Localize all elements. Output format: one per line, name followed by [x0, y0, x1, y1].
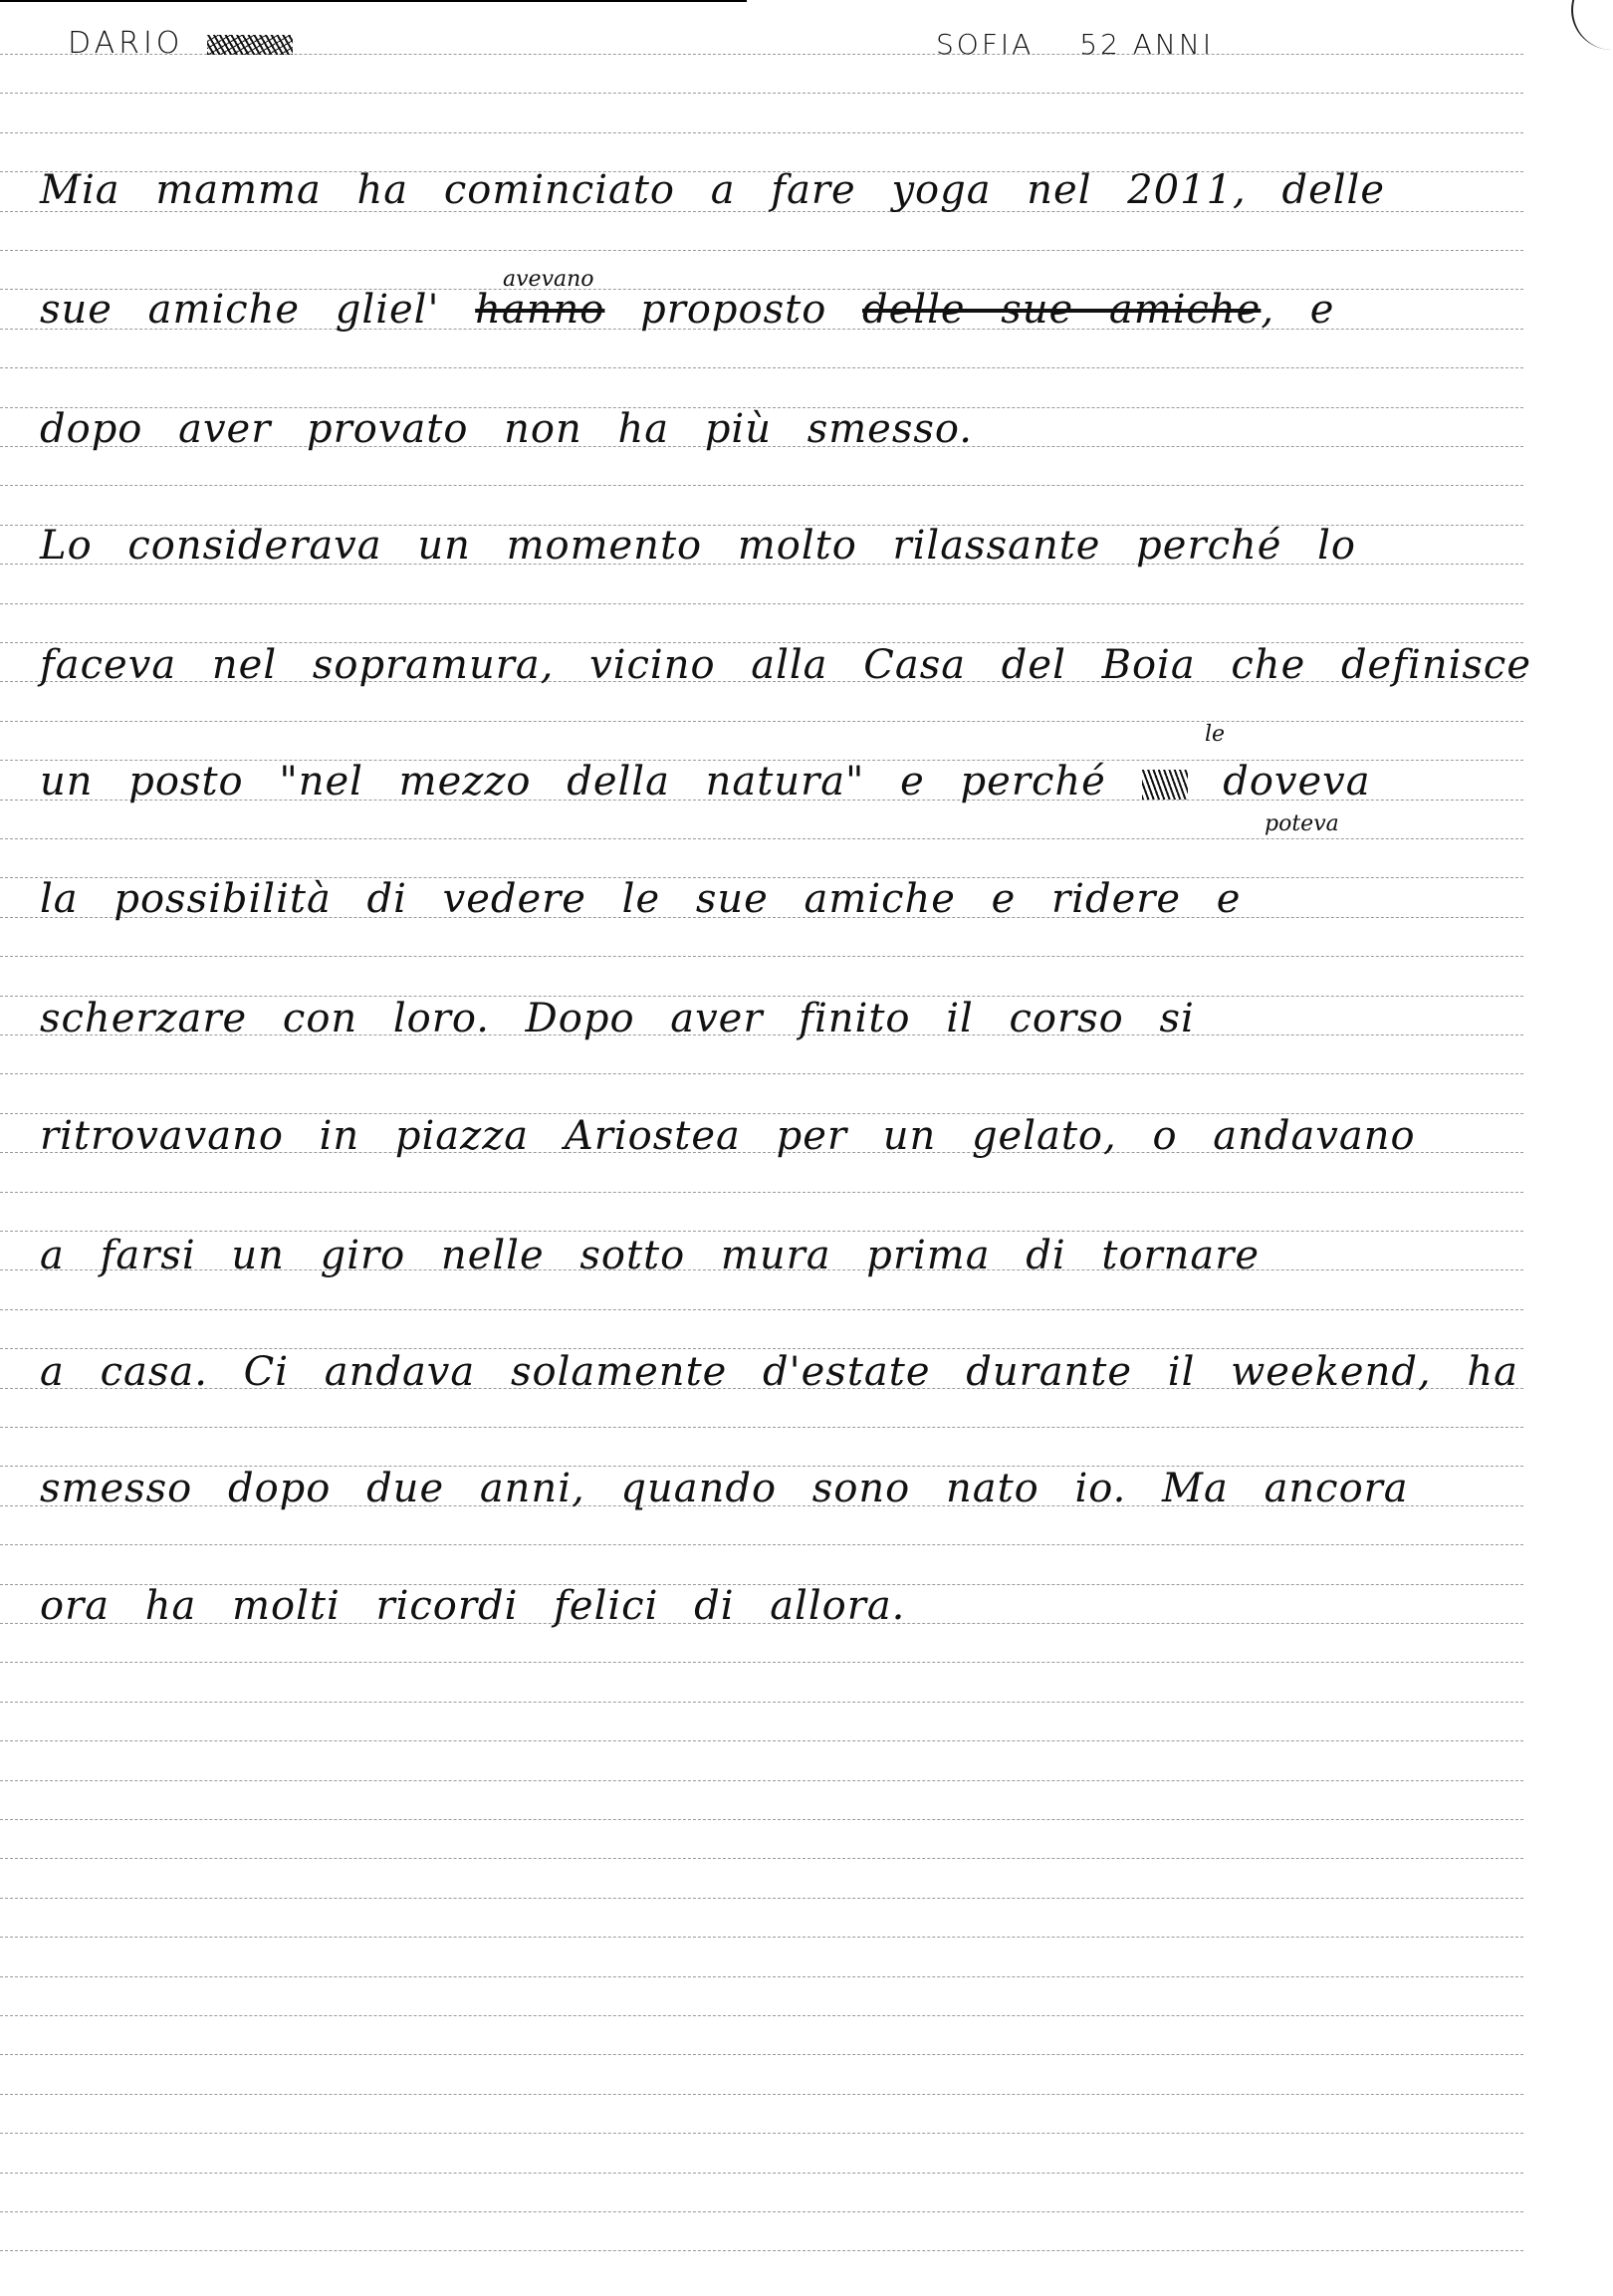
ruled-line: [0, 1662, 1523, 1663]
essay-line: un posto "nel mezzo della natura" e perc…: [40, 759, 1371, 804]
crossed-word: hanno: [475, 287, 604, 333]
author-first-name: DARIO: [68, 26, 183, 61]
essay-line: sue amiche gliel' hanno proposto delle s…: [40, 287, 1334, 333]
top-edge-rule: [0, 0, 747, 2]
crossed-out-word: [1142, 770, 1188, 800]
line-text: sue amiche gliel': [40, 287, 475, 333]
ruled-line: [0, 721, 1523, 722]
ruled-line: [0, 1231, 1523, 1232]
essay-line: ora ha molti ricordi felici di allora.: [40, 1583, 905, 1629]
author-name: DARIO: [68, 26, 293, 61]
crossed-out-surname: [207, 35, 293, 55]
essay-line: ritrovavano in piazza Ariostea per un ge…: [40, 1113, 1416, 1159]
ruled-line: [0, 1858, 1523, 1859]
essay-line: a casa. Ci andava solamente d'estate dur…: [40, 1349, 1518, 1395]
ruled-line: [0, 956, 1523, 957]
essay-line: la possibilità di vedere le sue amiche e…: [40, 876, 1241, 922]
notebook-page: DARIO SOFIA 52 ANNI Mia mamma ha cominci…: [0, 0, 1613, 2296]
ruled-line: [0, 1898, 1523, 1899]
ruled-line: [0, 93, 1523, 94]
ruled-line: [0, 1976, 1523, 1977]
essay-line: a farsi un giro nelle sotto mura prima d…: [40, 1233, 1260, 1278]
ruled-line: [0, 2094, 1523, 2095]
essay-line: faceva nel sopramura, vicino alla Casa d…: [40, 642, 1531, 688]
essay-line: Lo considerava un momento molto rilassan…: [40, 523, 1356, 569]
subject-name: SOFIA: [936, 28, 1034, 61]
essay-line: dopo aver provato non ha più smesso.: [40, 406, 973, 452]
ruled-line: [0, 2054, 1523, 2055]
ruled-line: [0, 250, 1523, 251]
ruled-line: [0, 1544, 1523, 1545]
ruled-line: [0, 2133, 1523, 2134]
ruled-line: [0, 2173, 1523, 2174]
ruled-line: [0, 1937, 1523, 1938]
ruled-line: [0, 2250, 1523, 2251]
ruled-line: [0, 485, 1523, 486]
ruled-line: [0, 603, 1523, 604]
subject-label: SOFIA 52 ANNI: [936, 28, 1214, 61]
ruled-line: [0, 132, 1523, 133]
ruled-line: [0, 1427, 1523, 1428]
ruled-line: [0, 367, 1523, 368]
ruled-line: [0, 1702, 1523, 1703]
inserted-word: le: [1205, 722, 1225, 747]
essay-line: scherzare con loro. Dopo aver finito il …: [40, 996, 1195, 1041]
inserted-word: avevano: [503, 267, 594, 292]
essay-line: Mia mamma ha cominciato a fare yoga nel …: [40, 167, 1385, 213]
ruled-line: [0, 838, 1523, 839]
page-corner-curl: [1571, 0, 1613, 50]
ruled-line: [0, 1192, 1523, 1193]
crossed-phrase: delle sue amiche: [862, 287, 1261, 333]
subject-age: 52 ANNI: [1079, 28, 1214, 61]
ruled-line: [0, 1819, 1523, 1820]
ruled-line: [0, 1740, 1523, 1741]
ruled-line: [0, 1780, 1523, 1781]
ruled-line: [0, 2211, 1523, 2212]
essay-line: smesso dopo due anni, quando sono nato i…: [40, 1466, 1409, 1511]
ruled-line: [0, 2015, 1523, 2016]
ruled-line: [0, 1073, 1523, 1074]
inserted-word: poteva: [1265, 811, 1339, 836]
ruled-line: [0, 1309, 1523, 1310]
